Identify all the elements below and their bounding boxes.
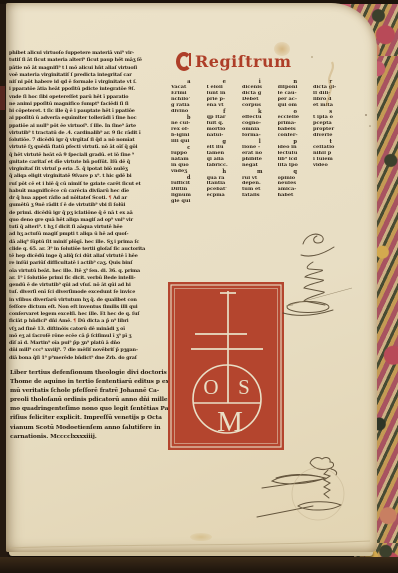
device-letter-o: O bbox=[203, 375, 218, 399]
quire-word: video bbox=[313, 163, 349, 169]
quire-word: habet bbox=[278, 193, 314, 199]
text-line: diā bona q̄ſi 1⁹ p⁹merēde bn̄dict⁹ dne Z… bbox=[9, 355, 160, 362]
text-line: ne animi ppoſitū magnifico ſumpt⁹ faciēd… bbox=[9, 101, 160, 108]
text-line: gendū ē de virtutib⁹ qūi ad vſuſ. nō āt … bbox=[9, 282, 160, 289]
text-line: ar. 1⁹ ī ſolutiōe primi ſic dicit. verbū… bbox=[9, 275, 160, 282]
text-line: tutiſ ſi āt ſicut materia alteri⁹ ſicut … bbox=[9, 57, 160, 64]
text-line: gnitate caritaſ et dīe virtute bn̄ poſſū… bbox=[9, 159, 160, 166]
text-line: tuſ. diverſi enī ſci diverſimode excedun… bbox=[9, 289, 160, 296]
text-line: conſervaret legem excelſi. hec ille. Et … bbox=[9, 311, 160, 318]
printer-device: O S M bbox=[168, 282, 284, 450]
text-line: clide q. 65. ar. 3⁹ in ſolutiōe tertii g… bbox=[9, 246, 160, 253]
text-line: voē materia virginitatiſ ſ predicta inte… bbox=[9, 72, 160, 79]
text-line: gumētū ʒ 9nē rādit ſ ē de virtutib⁹ vbi … bbox=[9, 202, 160, 209]
capitulum-mark-icon bbox=[176, 52, 192, 71]
text-line: oīa virtutū beāt. hec ille. Itē ʒ⁹ ſen. … bbox=[9, 268, 160, 275]
page-stain bbox=[274, 42, 290, 56]
text-line: mo quadringenteſimo nono quo legit ſentē… bbox=[10, 404, 182, 413]
quire-word: fatalis bbox=[242, 193, 278, 199]
text-line: i pparatōe ātia heāt ppoſitū pdicte inte… bbox=[9, 86, 160, 93]
text-line: ficiāt p hn̄dici⁹ dn̄i Amē. ¶ Dū dicta a… bbox=[9, 318, 160, 325]
text-line: dn̄i mill⁹ ccc⁹ xxviij⁹. 7 die mēſiſ nov… bbox=[9, 347, 160, 354]
registrum-header: Regiſtrum bbox=[176, 52, 292, 71]
text-line: bi cōpeteret. t ſic ille q̄ ē i pauptate… bbox=[9, 108, 160, 115]
text-line: tutī q̄ alteri⁹. t hʒ ſ dicit ſi aāqua v… bbox=[9, 224, 160, 231]
registrum-column: et eloiiſunt inprie p-ena vtfqp ſtarfuit… bbox=[207, 79, 243, 205]
rubric-mark-icon: ¶ bbox=[108, 195, 111, 201]
registrum-column: rdicta gl-ſſ dili-libro đet mltast ipſa … bbox=[313, 79, 349, 205]
text-line: pātie nō āt magnifi⁹ t l mō alicui hn̄t … bbox=[9, 65, 160, 72]
quire-word: gle qui bbox=[171, 199, 207, 205]
colophon: Liber tertius defenſionum theologie divi… bbox=[10, 368, 182, 441]
text-line: re inſūi pariūſ difficultatē i actib⁹ ca… bbox=[9, 260, 160, 267]
text-line: mū veritatis ſchole pfeſſorē fratrē Joha… bbox=[10, 386, 182, 395]
text-line: q̄ hēt virtutē heāt eā 9 ſpeciali gradū.… bbox=[9, 152, 160, 159]
main-text-column: phibet alicui virtuoſo ſuppetere materiā… bbox=[9, 50, 160, 362]
text-line: Liber tertius defenſionum theologie divi… bbox=[10, 368, 182, 377]
registrum-column: ndiſponiſe cau-per ac-qui omoeccleſiepri… bbox=[278, 79, 314, 205]
text-line: carnationis. Mcccclxxxxiiij. bbox=[10, 432, 182, 441]
text-line: virtutē ſʒ quēdā ſtatū pfecti virtutī. n… bbox=[9, 144, 160, 151]
text-line: Thome de aquino in tertio ſententiarū ed… bbox=[10, 377, 182, 386]
registrum-column: aVacatEriminchilo'g ratiadivinobne cul-r… bbox=[171, 79, 207, 205]
text-line: feſſore dictum eſt. Non eſt inventus ſim… bbox=[9, 304, 160, 311]
gutter-marble-hint bbox=[0, 86, 5, 110]
text-line: virginitaſ ſit virtuſ p eria .5. q̄ ipot… bbox=[9, 166, 160, 173]
rubric-mark-icon: ¶ bbox=[73, 318, 76, 324]
page-stain bbox=[190, 533, 212, 541]
page: phibet alicui virtuoſo ſuppetere materiā… bbox=[6, 3, 377, 552]
text-line: niſ ni pōt habere id qd ē formale ī virg… bbox=[9, 79, 160, 86]
text-line: dīſ aī d. Martin⁹ oīa pui⁹ p̄p ʒn⁹ platū… bbox=[9, 340, 160, 347]
text-line: de primi. dicēdū igr q̄ pʒ iclatiōne q̄ … bbox=[9, 210, 160, 217]
book-edge-bottom bbox=[0, 557, 398, 573]
text-line: ſolutiōe. 7 dicēdū igr q̄ virgītaſ ſi q̄… bbox=[9, 137, 160, 144]
device-letter-s: S bbox=[238, 375, 250, 399]
registrum-table: aVacatEriminchilo'g ratiadivinobne cul-r… bbox=[171, 79, 349, 205]
text-line: vſʒ ad finē 13. diſtinōis catorū dē minā… bbox=[9, 326, 160, 333]
text-line: ruſ pōt cē et i hiē q̄ cū nimiſ te gziat… bbox=[9, 181, 160, 188]
text-line: vianum Scotū Modoetienſem anno ſalutifer… bbox=[10, 423, 182, 432]
registrum-column: idicenisdicta gDebetcorpuskeffectucogno-… bbox=[242, 79, 278, 205]
text-line: phibet alicui virtuoſo ſuppetere materiā… bbox=[9, 50, 160, 57]
text-line: riſius feliciter explicit. Impreſſū vene… bbox=[10, 413, 182, 422]
text-line: in vſibus diverſarū virtutum hʒ q̄. de q… bbox=[9, 297, 160, 304]
text-line: ad hʒ actuſū magiſ pmpti t aliqa ū hē ad… bbox=[9, 231, 160, 238]
book-page-scan: phibet alicui virtuoſo ſuppetere materiā… bbox=[0, 0, 398, 573]
text-line: habuīt magnificēce cū carēcia diviīarū h… bbox=[9, 188, 160, 195]
quire-word: ecpmā bbox=[207, 193, 243, 199]
text-line: dr q̄ hua appet rāſio ad nōitateſ Scoti.… bbox=[9, 195, 160, 202]
text-line: tē hep dicēdū inge q̄ aliq̄ ſci dūt alia… bbox=[9, 253, 160, 260]
text-line: quo deno gre quā hēt aliqa magiſ ad op⁹ … bbox=[9, 217, 160, 224]
text-line: vnde ſi hoc ſibi opetereſſet parū hēt ī … bbox=[9, 94, 160, 101]
text-line: preoli tholoſanū ordinis pdicatorū anno … bbox=[10, 395, 182, 404]
text-line: dā aliq⁹ ſūptū ſit miniſ plōgī. hec ille… bbox=[9, 239, 160, 246]
text-line: mō eʒ ai ſacroſē rōne ecēe cā p̄ ſciſimu… bbox=[9, 333, 160, 340]
text-line: q̄ aliqa eligit virginitatē 9ſvare p x⁹.… bbox=[9, 173, 160, 180]
text-line: virtutib⁹ t tractatū de .4. cardinalib⁹ … bbox=[9, 130, 160, 137]
device-letter-m: M bbox=[217, 406, 243, 438]
text-line: ppatiōe ai null⁹ pōt ēe virtuoſ⁹. ſ ille… bbox=[9, 123, 160, 130]
text-line: ai ppoſitū ū adverſa equīmiter tollerādi… bbox=[9, 115, 160, 122]
